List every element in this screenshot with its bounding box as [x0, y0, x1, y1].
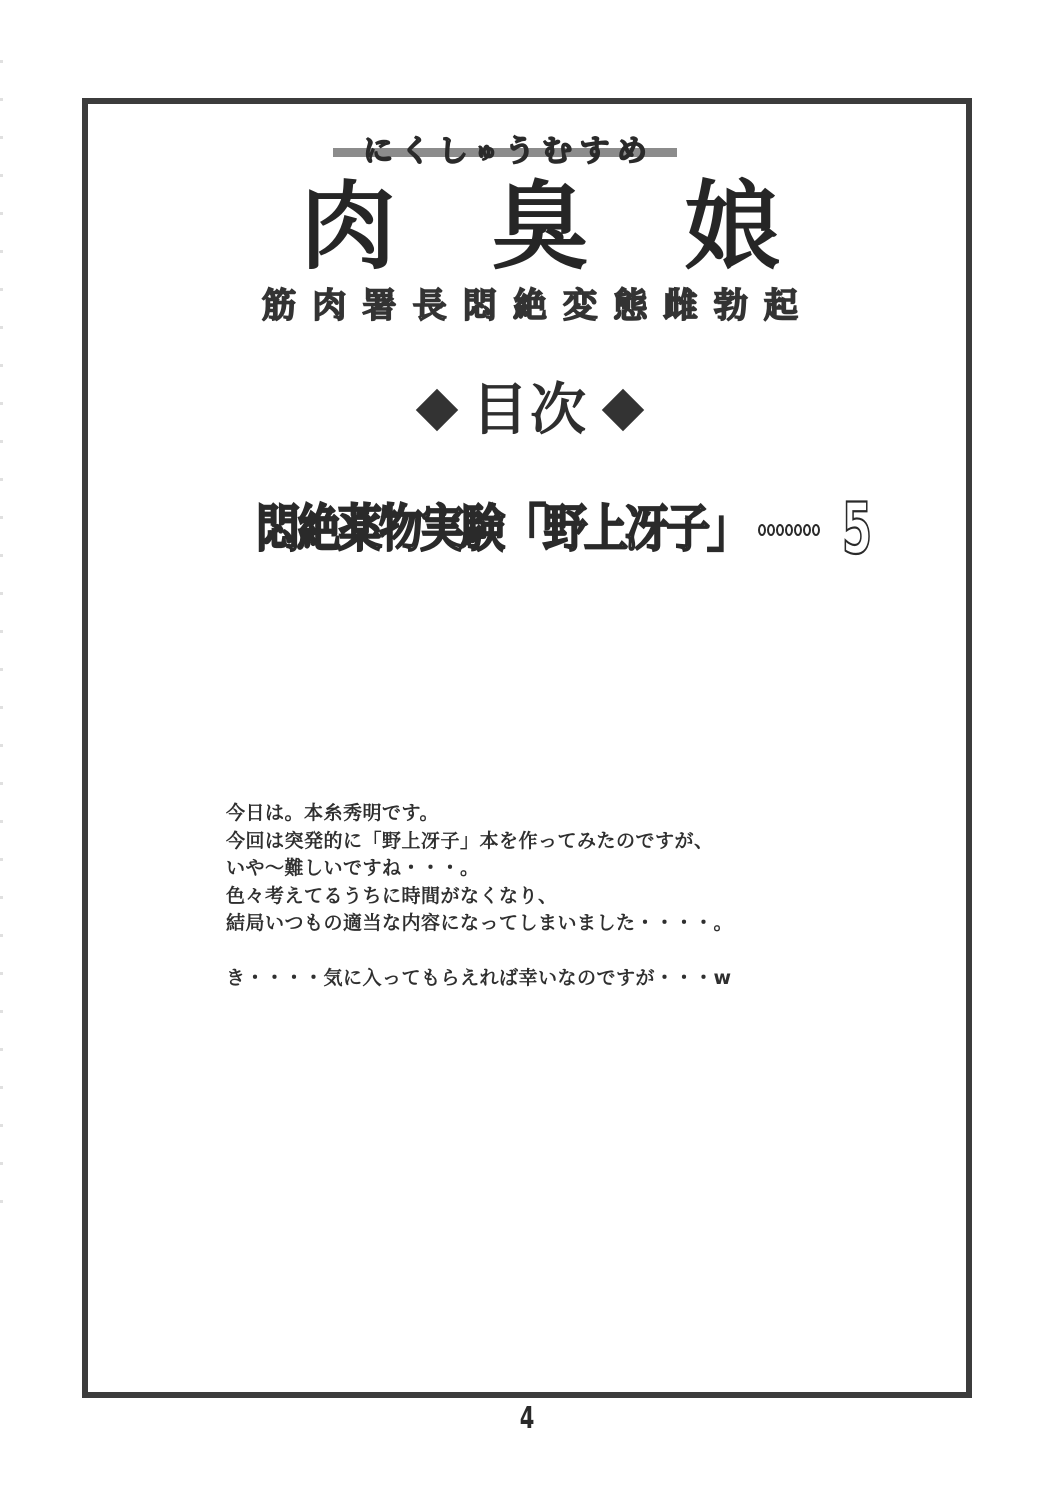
- subtitle-char: 変: [563, 284, 597, 328]
- afterword-line: 結局いつもの適当な内容になってしまいました・・・・。: [226, 910, 846, 938]
- reading-kana: に く し ゅ う む す め: [363, 134, 647, 170]
- toc-heading: 目次: [400, 372, 660, 448]
- leader-dot: [758, 524, 766, 536]
- leader-dot: [767, 524, 775, 536]
- subtitle-char: 勃: [714, 284, 748, 328]
- kana-char: う: [505, 134, 535, 170]
- toc-heading-text: 目次: [472, 372, 588, 448]
- afterword-line: き・・・・気に入ってもらえれば幸いなのですが・・・w: [226, 965, 846, 993]
- subtitle-char: 筋: [262, 284, 296, 328]
- book-title: 肉 臭 娘: [290, 172, 790, 282]
- subtitle-char: 署: [362, 284, 396, 328]
- leader-dot: [776, 524, 784, 536]
- subtitle-char: 態: [613, 284, 647, 328]
- kana-char: し: [438, 134, 468, 170]
- subtitle-char: 長: [413, 284, 447, 328]
- diamond-icon: [416, 389, 458, 431]
- subtitle-char: 雌: [664, 284, 698, 328]
- title-char: 肉: [300, 172, 396, 282]
- title-reading: に く し ゅ う む す め: [333, 132, 677, 174]
- leader-dot: [785, 524, 793, 536]
- subtitle-char: 悶: [463, 284, 497, 328]
- page-number: 4: [513, 1401, 541, 1437]
- subtitle-char: 絶: [513, 284, 547, 328]
- afterword-blank-line: [226, 938, 846, 966]
- kana-char: に: [363, 134, 393, 170]
- toc-entry-title: 悶絶薬物実験「野上冴子」: [256, 496, 748, 565]
- afterword-line: 色々考えてるうちに時間がなくなり、: [226, 883, 846, 911]
- kana-char: く: [400, 134, 430, 170]
- toc-entry[interactable]: 悶絶薬物実験「野上冴子」 5: [256, 490, 816, 570]
- subtitle-char: 起: [764, 284, 798, 328]
- page-edge-marks: [0, 60, 3, 1220]
- kana-char: む: [542, 134, 572, 170]
- toc-entry-page: 5: [842, 492, 872, 569]
- afterword-line: 今回は突発的に「野上冴子」本を作ってみたのですが、: [226, 828, 846, 856]
- afterword-line: いや～難しいですね・・・。: [226, 855, 846, 883]
- kana-char: す: [580, 134, 610, 170]
- title-char: 臭: [492, 172, 588, 282]
- diamond-icon: [602, 389, 644, 431]
- leader-dot: [794, 524, 802, 536]
- leader-dot: [803, 524, 811, 536]
- kana-char: め: [617, 134, 647, 170]
- afterword-line: 今日は。本糸秀明です。: [226, 800, 846, 828]
- afterword-text: 今日は。本糸秀明です。 今回は突発的に「野上冴子」本を作ってみたのですが、 いや…: [226, 800, 846, 993]
- kana-char: ゅ: [475, 134, 497, 170]
- leader-dot: [812, 524, 820, 536]
- subtitle-char: 肉: [312, 284, 346, 328]
- title-char: 娘: [684, 172, 780, 282]
- book-subtitle: 筋 肉 署 長 悶 絶 変 態 雌 勃 起: [262, 284, 798, 328]
- toc-leader-dots: [758, 524, 820, 536]
